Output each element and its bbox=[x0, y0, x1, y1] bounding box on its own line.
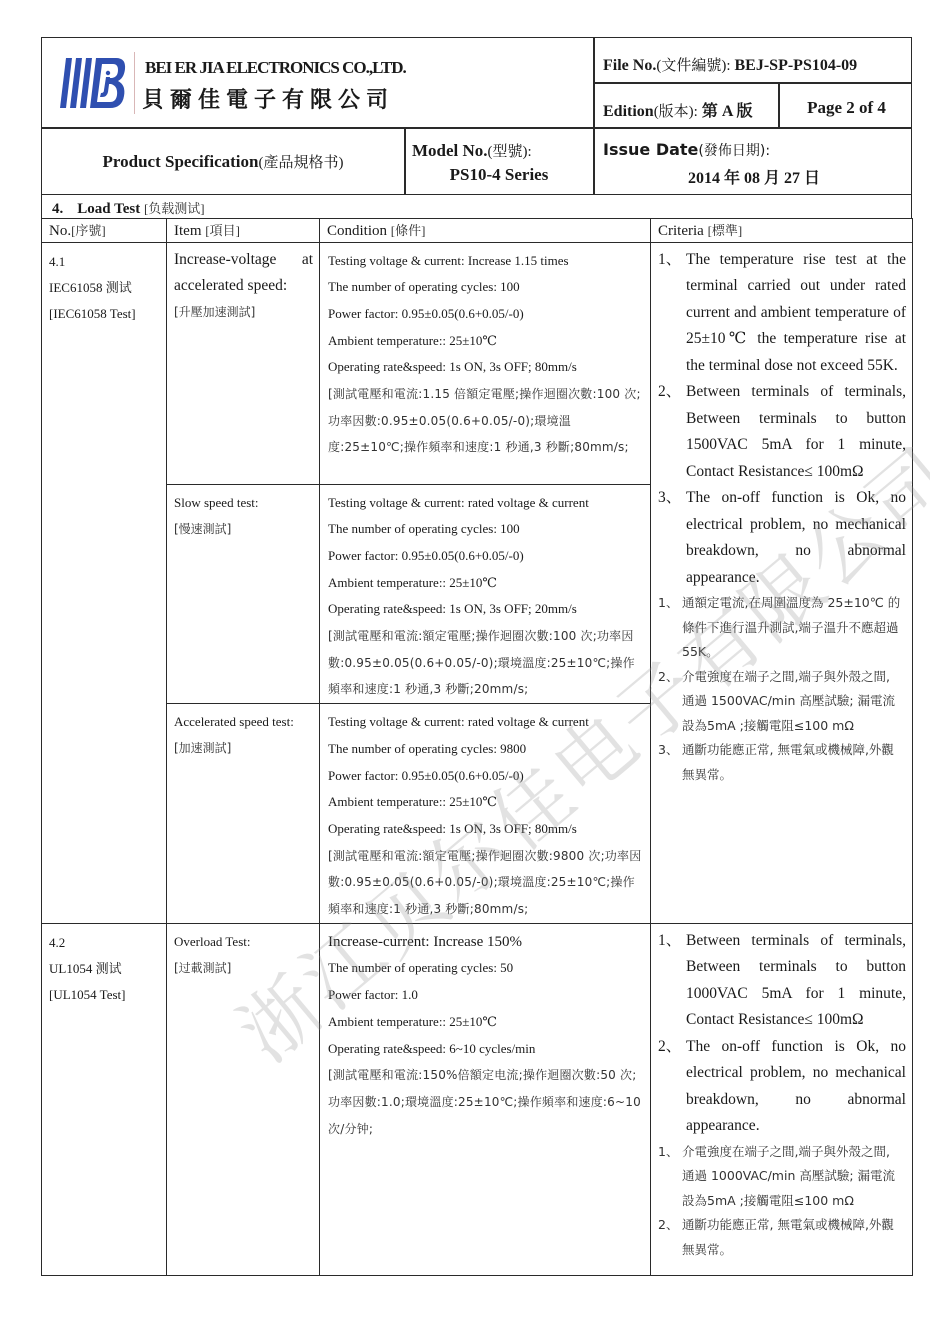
test-standard-cn: IEC61058 测试 bbox=[49, 275, 166, 301]
criteria-text: 通斷功能應正常, 無電氣或機械障,外觀無異常。 bbox=[682, 1213, 906, 1262]
issue-date-value: 2014 年 08 月 27 日 bbox=[595, 165, 913, 188]
criteria-text: 通額定電流,在周圍溫度為 25±10℃ 的條件下進行溫升測試,端子溫升不應超過 … bbox=[682, 591, 906, 665]
criteria-item-en: 1、 Between terminals of terminals, Betwe… bbox=[658, 928, 906, 1034]
criteria-text: The on-off function is Ok, no electrical… bbox=[686, 1034, 906, 1140]
condition-line: Power factor: 0.95±0.05(0.6+0.05/-0) bbox=[328, 543, 644, 570]
criteria-text: Between terminals of terminals, Between … bbox=[686, 928, 906, 1034]
edition-label-cn: (版本): bbox=[654, 104, 698, 120]
test-standard-en: [UL1054 Test] bbox=[49, 982, 166, 1008]
condition-line: Testing voltage & current: rated voltage… bbox=[328, 709, 644, 736]
section-title-cn: [负载测试] bbox=[144, 201, 205, 216]
product-spec-title: Product Specification(產品規格书) bbox=[42, 151, 404, 172]
test-item-en: Overload Test: bbox=[174, 928, 313, 955]
criteria-number: 1、 bbox=[658, 1140, 682, 1214]
model-label-cn: (型號): bbox=[488, 144, 532, 160]
edition-value: 第 A 版 bbox=[702, 103, 753, 120]
test-item-cn: [慢速測試] bbox=[174, 516, 313, 543]
product-spec-label-cn: (產品規格书) bbox=[258, 155, 343, 171]
condition-line: Ambient temperature:: 25±10℃ bbox=[328, 789, 644, 816]
test-number: 4.1 bbox=[49, 249, 166, 275]
criteria-item-en: 2、 The on-off function is Ok, no electri… bbox=[658, 1034, 906, 1140]
condition-line: Increase-current: Increase 150% bbox=[328, 929, 644, 956]
test-number-cell: 4.1 IEC61058 测试 [IEC61058 Test] bbox=[42, 242, 167, 923]
section-title-text: Load Test bbox=[77, 201, 140, 217]
criteria-number: 1、 bbox=[658, 247, 686, 380]
criteria-text: 介電強度在端子之間,端子與外殼之間, 通過 1500VAC/min 高壓試驗; … bbox=[682, 665, 906, 739]
edition: Edition(版本): 第 A 版 bbox=[603, 98, 753, 121]
condition-line: Ambient temperature:: 25±10℃ bbox=[328, 328, 644, 355]
condition-line: Ambient temperature:: 25±10℃ bbox=[328, 570, 644, 597]
test-item-cn: [升壓加速測試] bbox=[174, 299, 313, 326]
criteria-number: 3、 bbox=[658, 738, 682, 787]
issue-date-label: Issue Date(發佈日期): bbox=[603, 140, 770, 160]
column-header-item: Item [項目] bbox=[167, 218, 320, 242]
bej-logo-icon bbox=[58, 56, 128, 110]
criteria-text: 介電強度在端子之間,端子與外殼之間, 通過 1000VAC/min 高壓試驗; … bbox=[682, 1140, 906, 1214]
spec-page: BEI ER JIA ELECTRONICS CO.,LTD. 貝爾佳電子有限公… bbox=[41, 37, 912, 1276]
criteria-item-cn: 2、 介電強度在端子之間,端子與外殼之間, 通過 1500VAC/min 高壓試… bbox=[658, 665, 906, 739]
criteria-item-en: 1、 The temperature rise test at the term… bbox=[658, 247, 906, 380]
load-test-table: No.[序號] Item [項目] Condition [條件] Criteri… bbox=[41, 218, 913, 1276]
test-item-en: Increase-voltage at accelerated speed: bbox=[174, 247, 313, 299]
file-number-value: BEJ-SP-PS104-09 bbox=[735, 57, 858, 74]
condition-cell: Testing voltage & current: rated voltage… bbox=[320, 704, 651, 924]
column-header-condition: Condition [條件] bbox=[320, 218, 651, 242]
condition-line: Power factor: 1.0 bbox=[328, 982, 644, 1009]
criteria-number: 2、 bbox=[658, 1034, 686, 1140]
condition-line: The number of operating cycles: 100 bbox=[328, 274, 644, 301]
criteria-number: 2、 bbox=[658, 1213, 682, 1262]
criteria-number: 2、 bbox=[658, 665, 682, 739]
issue-label: Issue Date bbox=[603, 140, 698, 159]
test-item-cell: Accelerated speed test: [加速測試] bbox=[167, 704, 320, 924]
model-number-label: Model No.(型號): bbox=[412, 140, 532, 161]
criteria-text: Between terminals of terminals, Between … bbox=[686, 379, 906, 485]
criteria-text: The temperature rise test at the termina… bbox=[686, 247, 906, 380]
condition-cn: [測試電壓和電流:額定電壓;操作迴圈次數:9800 次;功率因數:0.95±0.… bbox=[328, 843, 644, 923]
section-title: 4.Load Test [负载测试] bbox=[41, 195, 912, 219]
column-header-no: No.[序號] bbox=[42, 218, 167, 242]
test-item-cn: [加速測試] bbox=[174, 735, 313, 762]
condition-line: Power factor: 0.95±0.05(0.6+0.05/-0) bbox=[328, 301, 644, 328]
issue-label-cn: (發佈日期): bbox=[698, 143, 770, 159]
criteria-text: 通斷功能應正常, 無電氣或機械障,外觀無異常。 bbox=[682, 738, 906, 787]
condition-cn: [測試電壓和電流:150%倍額定电流;操作迴圈次數:50 次;功率因數:1.0;… bbox=[328, 1062, 644, 1142]
criteria-item-cn: 3、 通斷功能應正常, 無電氣或機械障,外觀無異常。 bbox=[658, 738, 906, 787]
criteria-number: 2、 bbox=[658, 379, 686, 485]
file-number-label: File No. bbox=[603, 57, 656, 74]
company-name-cn: 貝爾佳電子有限公司 bbox=[142, 83, 394, 114]
condition-line: Operating rate&speed: 1s ON, 3s OFF; 80m… bbox=[328, 354, 644, 381]
criteria-cell: 1、 Between terminals of terminals, Betwe… bbox=[651, 923, 913, 1275]
page-number: Page 2 of 4 bbox=[780, 98, 913, 118]
test-item-en: Accelerated speed test: bbox=[174, 708, 313, 735]
condition-line: The number of operating cycles: 9800 bbox=[328, 736, 644, 763]
test-item-cell: Increase-voltage at accelerated speed: [… bbox=[167, 242, 320, 484]
criteria-number: 1、 bbox=[658, 591, 682, 665]
test-item-cell: Slow speed test: [慢速測試] bbox=[167, 484, 320, 704]
column-header-criteria: Criteria [標準] bbox=[651, 218, 913, 242]
condition-line: Testing voltage & current: Increase 1.15… bbox=[328, 248, 644, 275]
test-number-cell: 4.2 UL1054 测试 [UL1054 Test] bbox=[42, 923, 167, 1275]
condition-cell: Testing voltage & current: Increase 1.15… bbox=[320, 242, 651, 484]
criteria-number: 3、 bbox=[658, 485, 686, 591]
test-item-cell: Overload Test: [过載測試] bbox=[167, 923, 320, 1275]
condition-cn: [測試電壓和電流:額定電壓;操作迴圈次數:100 次;功率因數:0.95±0.0… bbox=[328, 623, 644, 703]
condition-line: Operating rate&speed: 6~10 cycles/min bbox=[328, 1036, 644, 1063]
condition-line: The number of operating cycles: 100 bbox=[328, 516, 644, 543]
company-name-en: BEI ER JIA ELECTRONICS CO.,LTD. bbox=[145, 58, 406, 78]
condition-cn: [測試電壓和電流:1.15 倍額定電壓;操作迴圈次數:100 次;功率因數:0.… bbox=[328, 381, 644, 461]
test-standard-en: [IEC61058 Test] bbox=[49, 301, 166, 327]
condition-line: Operating rate&speed: 1s ON, 3s OFF; 80m… bbox=[328, 816, 644, 843]
criteria-item-en: 2、 Between terminals of terminals, Betwe… bbox=[658, 379, 906, 485]
condition-line: Power factor: 0.95±0.05(0.6+0.05/-0) bbox=[328, 763, 644, 790]
logo-divider bbox=[134, 52, 135, 114]
table-header-row: No.[序號] Item [項目] Condition [條件] Criteri… bbox=[42, 218, 913, 242]
test-standard-cn: UL1054 测试 bbox=[49, 956, 166, 982]
edition-label: Edition bbox=[603, 103, 654, 120]
criteria-item-cn: 1、 通額定電流,在周圍溫度為 25±10℃ 的條件下進行溫升測試,端子溫升不應… bbox=[658, 591, 906, 665]
model-number-value: PS10-4 Series bbox=[404, 165, 594, 185]
test-item-cn: [过載測試] bbox=[174, 955, 313, 982]
document-header: BEI ER JIA ELECTRONICS CO.,LTD. 貝爾佳電子有限公… bbox=[41, 37, 912, 195]
condition-line: Ambient temperature:: 25±10℃ bbox=[328, 1009, 644, 1036]
product-spec-label: Product Specification bbox=[103, 152, 259, 171]
criteria-item-cn: 1、 介電強度在端子之間,端子與外殼之間, 通過 1000VAC/min 高壓試… bbox=[658, 1140, 906, 1214]
condition-line: Testing voltage & current: rated voltage… bbox=[328, 490, 644, 517]
test-item-en: Slow speed test: bbox=[174, 489, 313, 516]
test-number: 4.2 bbox=[49, 930, 166, 956]
condition-cell: Testing voltage & current: rated voltage… bbox=[320, 484, 651, 704]
file-number: File No.(文件編號): BEJ-SP-PS104-09 bbox=[603, 54, 857, 75]
model-label: Model No. bbox=[412, 141, 488, 160]
criteria-item-en: 3、 The on-off function is Ok, no electri… bbox=[658, 485, 906, 591]
criteria-item-cn: 2、 通斷功能應正常, 無電氣或機械障,外觀無異常。 bbox=[658, 1213, 906, 1262]
file-number-label-cn: (文件編號): bbox=[656, 58, 730, 74]
criteria-number: 1、 bbox=[658, 928, 686, 1034]
section-number: 4. bbox=[52, 201, 63, 217]
condition-line: The number of operating cycles: 50 bbox=[328, 955, 644, 982]
table-row: 4.1 IEC61058 测试 [IEC61058 Test] Increase… bbox=[42, 242, 913, 484]
condition-line: Operating rate&speed: 1s ON, 3s OFF; 20m… bbox=[328, 596, 644, 623]
criteria-text: The on-off function is Ok, no electrical… bbox=[686, 485, 906, 591]
condition-cell: Increase-current: Increase 150%The numbe… bbox=[320, 923, 651, 1275]
table-row: 4.2 UL1054 测试 [UL1054 Test] Overload Tes… bbox=[42, 923, 913, 1275]
criteria-cell: 1、 The temperature rise test at the term… bbox=[651, 242, 913, 923]
